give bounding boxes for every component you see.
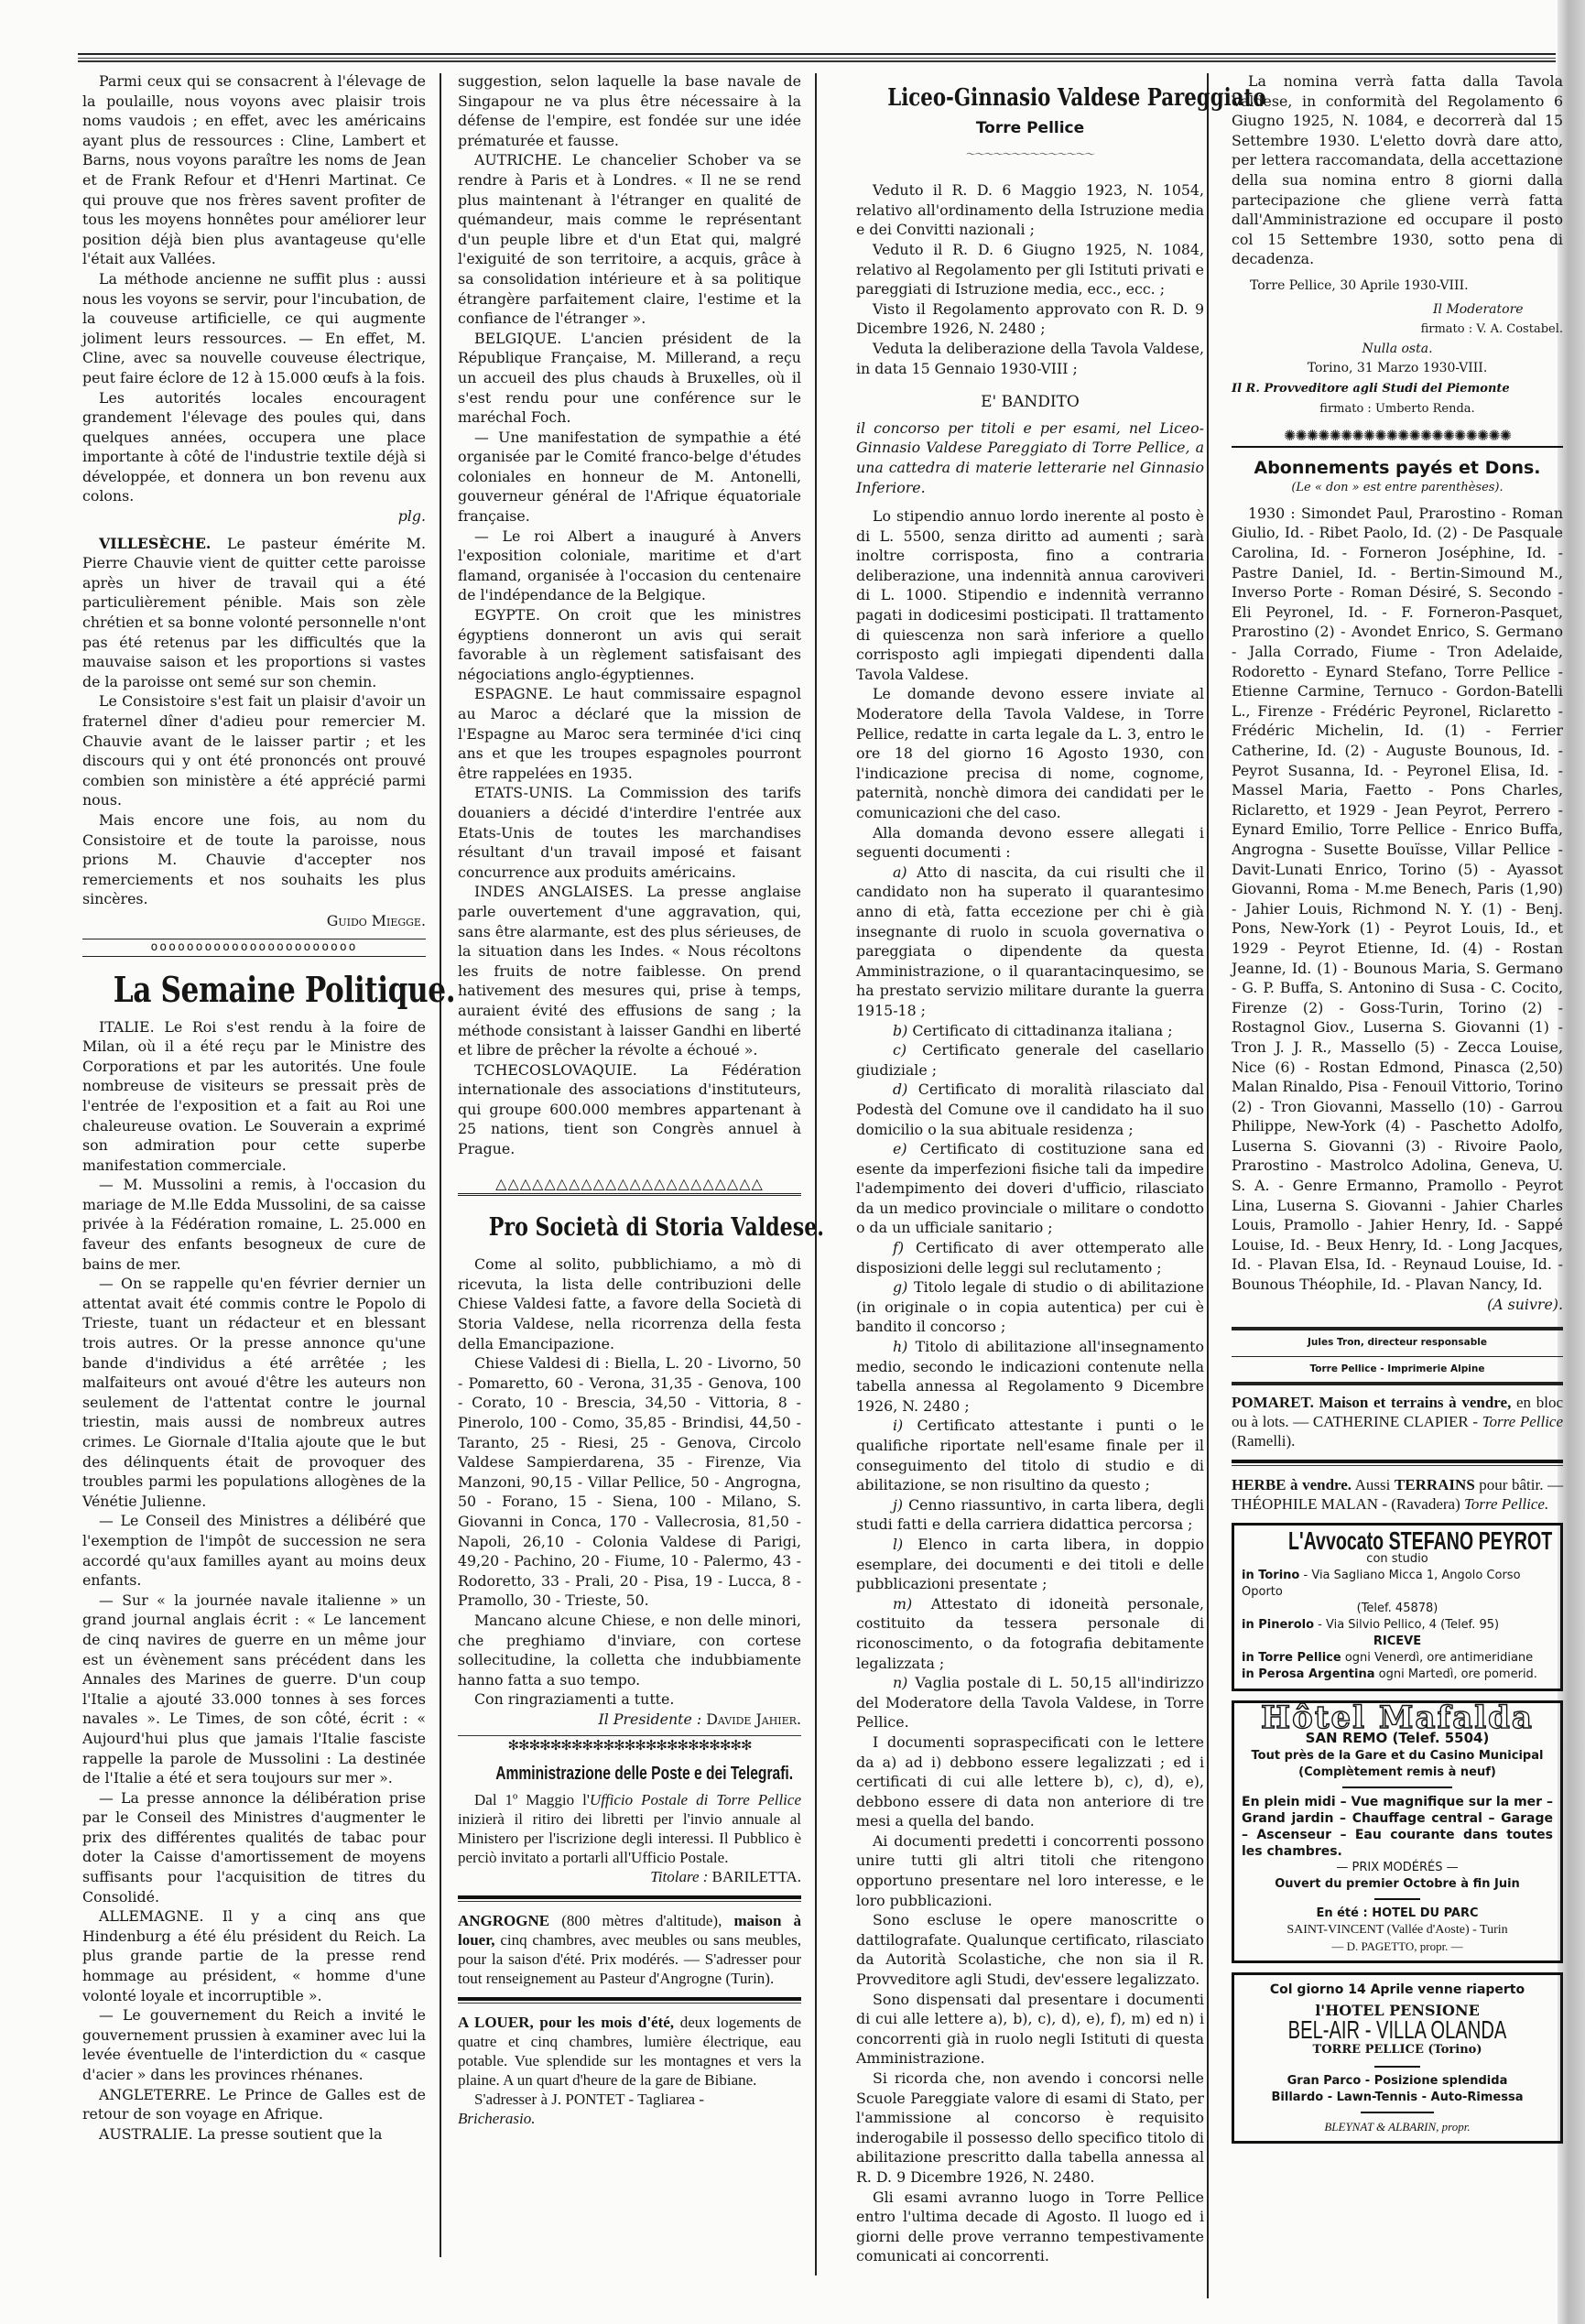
news-item: — Sur « la journée navale italienne » un… [82, 1591, 426, 1788]
ad-title: BEL-AIR - VILLA OLANDA [1286, 2020, 1510, 2040]
document-item: i) Certificato attestante i punti o le q… [856, 1416, 1204, 1494]
angrogne-ad: ANGROGNE (800 mètres d'altitude), maison… [458, 1911, 801, 1988]
documents-list: a) Atto di nascita, da cui risulti che i… [856, 863, 1204, 1732]
article-paragraph: Mancano alcune Chiese, e non delle minor… [458, 1611, 801, 1689]
louer-ad: A LOUER, pour les mois d'été, deux logem… [458, 2013, 801, 2128]
news-item: — Le Conseil des Ministres a délibéré qu… [82, 1511, 426, 1590]
news-item: BELGIQUE. L'ancien président de la Répub… [458, 329, 801, 428]
article-paragraph: Sono dispensati dal presentare i documen… [856, 1990, 1204, 2069]
news-item: — Le roi Albert a inauguré à Anvers l'ex… [458, 527, 801, 605]
article-signature: Il Presidente : Davide Jahier. [458, 1710, 801, 1730]
article-paragraph: Con ringraziamenti a tutte. [458, 1689, 801, 1710]
wave-separator: 〜〜〜〜〜〜〜〜〜〜〜〜〜〜 [856, 145, 1204, 165]
article-paragraph: Parmi ceux qui se consacrent à l'élevage… [82, 71, 426, 269]
article-paragraph: Alla domanda devono essere allegati i se… [856, 823, 1204, 863]
article-paragraph: Sono escluse le opere manoscritte o datt… [856, 1910, 1204, 1989]
document-item: h) Titolo di abilitazione all'insegnamen… [856, 1337, 1204, 1416]
signatory-title: Il Moderatore [1433, 300, 1563, 320]
column-1: Parmi ceux qui se consacrent à l'élevage… [82, 71, 426, 2144]
article-paragraph: Les autorités locales encouragent grande… [82, 388, 426, 507]
star-separator: ✻✻✻✻✻✻✻✻✻✻✻✻✻✻✻✻✻✻✻✻✻✻✻ [458, 1735, 801, 1756]
column-rule-1 [440, 73, 441, 2257]
signature: firmato : V. A. Costabel. [1232, 320, 1563, 340]
ornament-separator: ✺✺✺✺✺✺✺✺✺✺✺✺✺✺✺✺✺✺✺✺ [1232, 426, 1563, 448]
document-item: e) Certificato di costituzione sana ed e… [856, 1139, 1204, 1238]
thick-rule [458, 1895, 801, 1902]
article-paragraph: I documenti sopraspecificati con le lett… [856, 1732, 1204, 1831]
article-paragraph: Le domande devono essere inviate al Mode… [856, 684, 1204, 822]
section-title: Pro Società di Storia Valdese. [489, 1212, 771, 1243]
bandito-heading: E' BANDITO [856, 393, 1204, 413]
news-item: ETATS-UNIS. La Commission des tarifs dou… [458, 783, 801, 882]
column-rule-3 [1207, 73, 1209, 2298]
news-item: suggestion, selon laquelle la base naval… [458, 71, 801, 150]
news-item: EGYPTE. On croit que les ministres égypt… [458, 605, 801, 684]
news-item: ITALIE. Le Roi s'est rendu à la foire de… [82, 1017, 426, 1176]
consideration: Visto il Regolamento approvato con R. D.… [856, 299, 1204, 339]
contributions-list: Chiese Valdesi di : Biella, L. 20 - Livo… [458, 1353, 801, 1611]
top-rule-secondary [78, 60, 1556, 62]
article-paragraph: Si ricorda che, non avendo i concorsi ne… [856, 2069, 1204, 2188]
section-title: Amministrazione delle Poste e dei Telegr… [495, 1765, 764, 1785]
credits-box: Jules Tron, directeur responsable Torre … [1232, 1327, 1563, 1385]
section-heading: VILLESÈCHE. [99, 535, 211, 552]
section-title: La Semaine Politique. [114, 970, 396, 1010]
news-item: ESPAGNE. Le haut commissaire espagnol au… [458, 684, 801, 783]
article-paragraph: Lo stipendio annuo lordo inerente al pos… [856, 506, 1204, 684]
news-item: TCHECOSLOVAQUIE. La Fédération internati… [458, 1060, 801, 1159]
signatory-title: Il R. Provveditore agli Studi del Piemon… [1232, 379, 1563, 399]
concorso-text: il concorso per titoli e per esami, nel … [856, 418, 1204, 497]
subscribers-list: 1930 : Simondet Paul, Prarostino - Roman… [1232, 504, 1563, 1295]
article-paragraph: Ai documenti predetti i concorrenti poss… [856, 1831, 1204, 1910]
document-item: g) Titolo legale di studio o di abilitaz… [856, 1277, 1204, 1337]
ad-title: Hôtel Mafalda [1242, 1709, 1553, 1729]
date-line: Torre Pellice, 30 Aprile 1930-VIII. [1250, 277, 1563, 297]
article-signature: Guido Miegge. [82, 911, 426, 931]
newspaper-page: Parmi ceux qui se consacrent à l'élevage… [0, 0, 1585, 2324]
article-paragraph: La méthode ancienne ne suffit plus : aus… [82, 269, 426, 388]
herbe-ad: HERBE à vendre. Aussi TERRAINS pour bâti… [1232, 1475, 1563, 1514]
consideration: Veduta la deliberazione della Tavola Val… [856, 339, 1204, 378]
semaine-politique-body: ITALIE. Le Roi s'est rendu à la foire de… [82, 1017, 426, 2145]
dot-separator: ooooooooooooooooooooooo [82, 939, 426, 957]
news-item: AUTRICHE. Le chancelier Schober va se re… [458, 150, 801, 328]
document-item: a) Atto di nascita, da cui risulti che i… [856, 863, 1204, 1021]
news-item: AUSTRALIE. La presse soutient que la [82, 2124, 426, 2145]
news-item: — La presse annonce la délibération pris… [82, 1788, 426, 1907]
top-rule [78, 53, 1556, 59]
column-4: La nomina verrà fatta dalla Tavola Valde… [1232, 71, 1563, 2153]
signature: firmato : Umberto Renda. [1232, 399, 1563, 419]
document-item: m) Attestato di idoneità personale, cost… [856, 1594, 1204, 1673]
bel-air-hotel-ad: Col giorno 14 Aprile venne riaperto l'HO… [1232, 1972, 1563, 2143]
news-item: — On se rappelle qu'en février dernier u… [82, 1274, 426, 1511]
news-item: — Une manifestation de sympathie a été o… [458, 428, 801, 527]
news-item: — M. Mussolini a remis, à l'occasion du … [82, 1175, 426, 1274]
document-item: d) Certificato di moralità rilasciato da… [856, 1080, 1204, 1139]
section-subtitle: Torre Pellice [856, 119, 1204, 139]
consideration: Veduto il R. D. 6 Maggio 1923, N. 1054, … [856, 180, 1204, 240]
to-be-continued: (A suivre). [1232, 1295, 1563, 1315]
thick-rule [458, 1997, 801, 2004]
news-item: INDES ANGLAISES. La presse anglaise parl… [458, 882, 801, 1059]
section-title: Liceo-Ginnasio Valdese Pareggiato [887, 82, 1173, 114]
hotel-mafalda-ad: Hôtel Mafalda SAN REMO (Telef. 5504) Tou… [1232, 1700, 1563, 1963]
article-paragraph: Come al solito, pubblichiamo, a mò di ri… [458, 1254, 801, 1353]
editor-credit: Jules Tron, directeur responsable [1232, 1330, 1563, 1356]
news-item: ANGLETERRE. Le Prince de Galles est de r… [82, 2085, 426, 2124]
document-item: n) Vaglia postale di L. 50,15 all'indiri… [856, 1673, 1204, 1732]
ad-title: L'Avvocato STEFANO PEYROT [1288, 1531, 1506, 1551]
peyrot-lawyer-ad: L'Avvocato STEFANO PEYROT con studio in … [1232, 1523, 1563, 1691]
thick-rule [1232, 1460, 1563, 1466]
printer-credit: Torre Pellice - Imprimerie Alpine [1232, 1356, 1563, 1383]
document-item: c) Certificato generale del casellario g… [856, 1040, 1204, 1080]
article-paragraph: La nomina verrà fatta dalla Tavola Valde… [1232, 71, 1563, 269]
article-paragraph: Le Consistoire s'est fait un plaisir d'a… [82, 691, 426, 810]
article-signature: plg. [82, 506, 426, 527]
pomaret-ad: POMARET. Maison et terrains à vendre, en… [1232, 1393, 1563, 1450]
article-paragraph: Gli esami avranno luogo in Torre Pellice… [856, 2188, 1204, 2266]
date-line: Torino, 31 Marzo 1930-VIII. [1232, 359, 1563, 379]
consideration: Veduto il R. D. 6 Giugno 1925, N. 1084, … [856, 240, 1204, 299]
document-item: l) Elenco in carta libera, in doppio ese… [856, 1535, 1204, 1594]
news-item: — Le gouvernement du Reich a invité le g… [82, 2005, 426, 2084]
article-paragraph: Mais encore une fois, au nom du Consisto… [82, 810, 426, 909]
column-3: Liceo-Ginnasio Valdese Pareggiato Torre … [856, 71, 1204, 2266]
poste-notice: Dal 1º Maggio l'Ufficio Postale di Torre… [458, 1790, 801, 1886]
document-item: b) Certificato di cittadinanza italiana … [856, 1021, 1204, 1041]
column-2: suggestion, selon laquelle la base naval… [458, 71, 801, 2128]
triangle-separator: △△△△△△△△△△△△△△△△△△△△△△ [458, 1174, 801, 1197]
news-item: ALLEMAGNE. Il y a cinq ans que Hindenbur… [82, 1906, 426, 2005]
section-title: Abonnements payés et Dons. [1232, 459, 1563, 479]
document-item: j) Cenno riassuntivo, in carta libera, d… [856, 1495, 1204, 1535]
nulla-osta: Nulla osta. [1232, 340, 1563, 360]
villeseche-paragraph: VILLESÈCHE. Le pasteur émérite M. Pierre… [82, 534, 426, 692]
document-item: f) Certificato di aver ottemperato alle … [856, 1238, 1204, 1277]
section-subtitle: (Le « don » est entre parenthèses). [1232, 478, 1563, 498]
column-rule-2 [815, 73, 817, 2275]
